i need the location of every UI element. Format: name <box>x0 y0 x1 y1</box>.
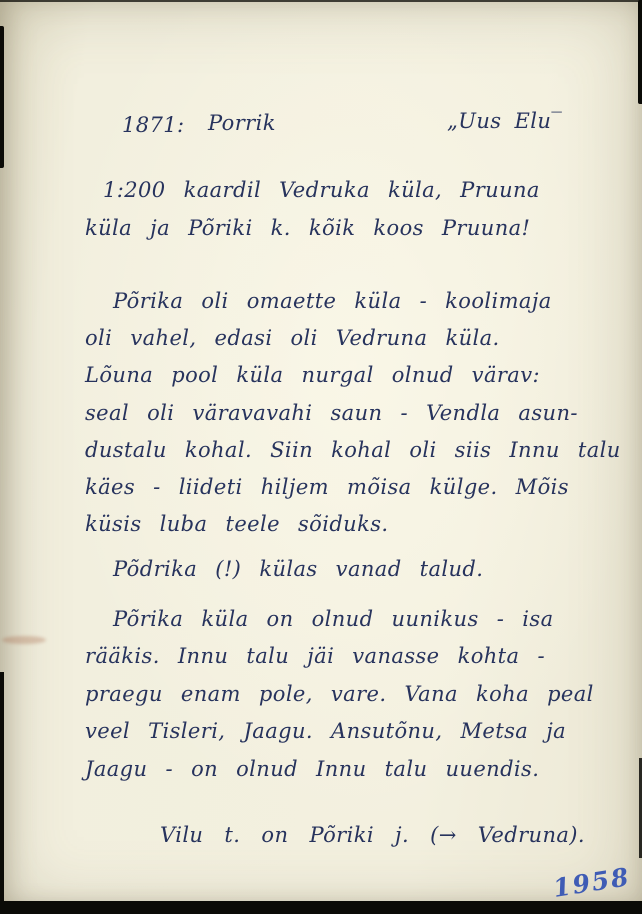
scan-edge-top <box>0 0 642 2</box>
manuscript-line: käes - liideti hiljem mõisa külge. Mõis <box>85 474 569 500</box>
manuscript-line: küsis luba teele sõiduks. <box>85 511 388 537</box>
manuscript-line: Jaagu - on olnud Innu talu uuendis. <box>85 756 539 782</box>
manuscript-line: seal oli väravavahi saun - Vendla asun- <box>85 400 578 426</box>
year-annotation: 1958 <box>551 862 632 903</box>
manuscript-line: küla ja Põriki k. kõik koos Pruuna! <box>85 215 530 241</box>
manuscript-line: Põdrika (!) külas vanad talud. <box>113 556 483 582</box>
manuscript-line: Põrika oli omaette küla - koolimaja <box>113 288 552 314</box>
header-year: 1871: <box>122 112 185 138</box>
scan-edge-bottom <box>0 901 642 914</box>
scan-edge-left-bottom <box>0 672 4 914</box>
stain-mark <box>2 636 46 644</box>
manuscript-line: Põrika küla on olnud uunikus - isa <box>113 606 554 632</box>
header-title: Porrik <box>208 110 276 136</box>
header-source-title: „Uus Elu‾ <box>447 108 562 134</box>
manuscript-line: 1:200 kaardil Vedruka küla, Pruuna <box>103 177 540 203</box>
manuscript-line: dustalu kohal. Siin kohal oli siis Innu … <box>85 437 621 463</box>
manuscript-line: Lõuna pool küla nurgal olnud värav: <box>85 362 540 388</box>
scan-edge-left-top <box>0 26 4 168</box>
manuscript-line: praegu enam pole, vare. Vana koha peal <box>85 681 594 707</box>
manuscript-line: rääkis. Innu talu jäi vanasse kohta - <box>85 643 545 669</box>
manuscript-closing-line: Vilu t. on Põriki j. (→ Vedruna). <box>160 822 585 848</box>
manuscript-line: veel Tisleri, Jaagu. Ansutõnu, Metsa ja <box>85 718 566 744</box>
scanned-manuscript-page: 1871: Porrik „Uus Elu‾ 1:200 kaardil Ved… <box>0 0 642 914</box>
scan-edge-right-top <box>638 0 642 104</box>
manuscript-line: oli vahel, edasi oli Vedruna küla. <box>85 325 500 351</box>
